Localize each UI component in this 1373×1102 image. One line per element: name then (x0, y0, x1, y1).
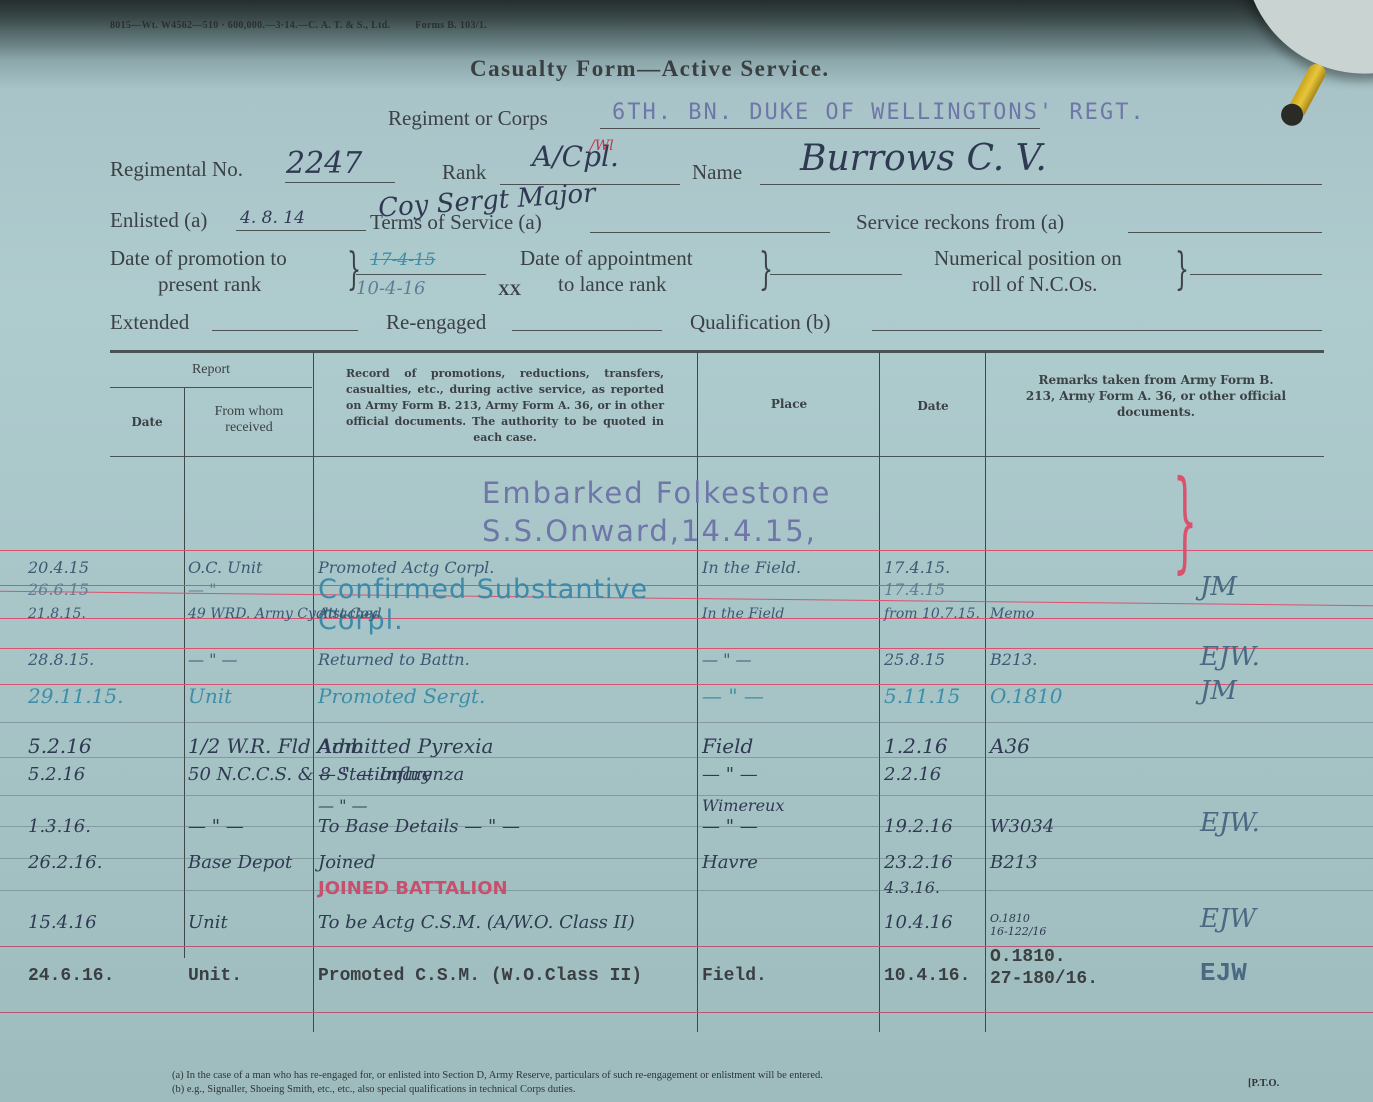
cell-place: — " — (702, 684, 764, 708)
print-code: 8015—Wt. W4562—510 · 600,000.—3·14.—C. A… (110, 20, 390, 31)
appointment-brace: } (759, 244, 773, 295)
promotion-label-2: present rank (158, 272, 261, 297)
cell-remarks: W3034 (990, 816, 1054, 837)
red-rule (0, 550, 1373, 551)
red-rule (0, 946, 1373, 947)
regimental-no-label: Regimental No. (110, 157, 243, 182)
header-remarks: Remarks taken from Army Form B. 213, Arm… (1022, 372, 1290, 420)
header-report: Report (110, 362, 312, 378)
cell-from: — " — (188, 816, 244, 837)
promotion-value: 10-4-16 (356, 278, 425, 299)
appointment-label-1: Date of appointment (520, 246, 693, 271)
regiment-stamp: 6TH. BN. DUKE OF WELLINGTONS' REGT. (612, 100, 1146, 125)
pto-mark: [P.T.O. (1248, 1078, 1279, 1089)
terms-line (590, 232, 830, 233)
cell-date: 29.11.15. (28, 684, 123, 708)
cell-remarks: O.1810 16-122/16 (990, 912, 1046, 938)
table-top-rule (110, 350, 1324, 353)
cell-initials: EJW. (1200, 642, 1260, 672)
cell-record: Promoted C.S.M. (W.O.Class II) (318, 966, 642, 986)
cell-date2: from 10.7.15. (884, 606, 980, 622)
cell-from: Unit (188, 684, 232, 708)
cell-initials: JM (1200, 676, 1237, 706)
cell-date2: 5.11.15 (884, 684, 960, 708)
col-divider-date (184, 388, 185, 958)
cell-date: 20.4.15 (28, 558, 89, 577)
rank-label: Rank (442, 160, 486, 185)
footnote-b: (b) e.g., Signaller, Shoeing Smith, etc.… (172, 1084, 575, 1095)
cell-record: To be Actg C.S.M. (A/W.O. Class II) (318, 912, 635, 933)
header-from-whom: From whom received (196, 404, 302, 436)
cell-remarks: O.1810. 27-180/16. (990, 946, 1098, 990)
enlisted-label: Enlisted (a) (110, 208, 207, 233)
regiment-line (600, 128, 1040, 129)
promotion-label-1: Date of promotion to (110, 246, 287, 271)
faint-rule (0, 890, 1373, 891)
cell-date2: 10.4.16 (884, 912, 953, 933)
cell-date: 21.8.15. (28, 606, 86, 622)
regiment-label: Regiment or Corps (388, 106, 548, 131)
service-reckons-line (1128, 232, 1322, 233)
cell-record: Promoted Sergt. (318, 684, 485, 708)
col-divider-from (313, 352, 314, 1032)
qualification-label: Qualification (b) (690, 310, 831, 335)
form-number: Forms B. 103/1. (415, 20, 487, 31)
cell-record: — " — (318, 796, 368, 815)
cell-date2: 23.2.16 (884, 852, 953, 873)
faint-rule (0, 722, 1373, 723)
cell-initials: EJW (1200, 904, 1256, 934)
cell-from: — " (188, 580, 216, 599)
cell-remarks: Memo (990, 606, 1034, 622)
cell-from: Unit. (188, 966, 242, 986)
treasury-tag-icon (1285, 61, 1328, 121)
cell-initials: EJW. (1200, 808, 1260, 838)
ncos-brace: } (1175, 244, 1189, 295)
form-title: Casualty Form—Active Service. (470, 56, 830, 82)
cell-place: In the Field (702, 606, 784, 622)
cell-date2: 1.2.16 (884, 734, 948, 758)
cell-place: Havre (702, 852, 758, 873)
cell-date: 5.2.16 (28, 764, 85, 785)
cell-date2: 19.2.16 (884, 816, 953, 837)
cell-initials: EJW (1200, 958, 1247, 988)
cell-date2: 17.4.15 (884, 580, 945, 599)
header-date2: Date (882, 398, 984, 414)
enlisted-value: 4. 8. 14 (240, 208, 305, 228)
cell-place: — " — (702, 816, 758, 837)
print-reference: 8015—Wt. W4562—510 · 600,000.—3·14.—C. A… (110, 20, 487, 31)
regimental-no-line (285, 182, 395, 183)
cell-record: Returned to Battn. (318, 650, 470, 669)
terms-label: Terms of Service (a) (370, 210, 542, 235)
faint-rule (0, 795, 1373, 796)
header-date: Date (112, 414, 182, 430)
cell-date2: 4.3.16. (884, 878, 940, 897)
qualification-line (872, 330, 1322, 331)
reengaged-label: Re-engaged (386, 310, 486, 335)
cell-date: 15.4.16 (28, 912, 97, 933)
embark-stamp-line1: Embarked Folkestone (482, 476, 831, 510)
cell-place: — " — (702, 764, 758, 785)
cell-from: O.C. Unit (188, 558, 262, 577)
cell-date2: 17.4.15. (884, 558, 950, 577)
name-value: Burrows C. V. (800, 138, 1047, 179)
cell-place: Wimereux (702, 796, 784, 815)
name-label: Name (692, 160, 742, 185)
cell-date: 24.6.16. (28, 966, 114, 986)
footnote-a: (a) In the case of a man who has re-enga… (172, 1070, 823, 1081)
rank-red-mark: /Wl (590, 138, 614, 154)
cell-date: 1.3.16. (28, 816, 91, 837)
cell-remarks: B213. (990, 650, 1037, 669)
extended-label: Extended (110, 310, 189, 335)
cell-date2: 25.8.15 (884, 650, 945, 669)
ncos-line (1190, 274, 1322, 275)
promotion-struck-value: 17-4-15 (370, 250, 436, 270)
regimental-no-value: 2247 (286, 146, 362, 181)
header-place: Place (700, 396, 878, 412)
cell-date: 28.8.15. (28, 650, 94, 669)
cell-record: To Base Details — " — (318, 816, 520, 837)
appointment-label-2: to lance rank (558, 272, 666, 297)
cell-record: Joined (318, 852, 376, 873)
cell-record: Attached (318, 606, 382, 622)
promotion-mark: XX (498, 282, 521, 300)
red-brace-icon: } (1173, 456, 1198, 584)
name-line (760, 184, 1322, 185)
red-rule (0, 1012, 1373, 1013)
cell-remarks: A36 (990, 734, 1030, 758)
cell-date2: 2.2.16 (884, 764, 941, 785)
red-rule (0, 648, 1373, 649)
reengaged-line (512, 330, 662, 331)
cell-record: Confirmed Substantive Corpl. (318, 574, 736, 636)
cell-place: Field. (702, 966, 767, 986)
promotion-fraction-line (356, 274, 486, 275)
enlisted-line (236, 230, 366, 231)
extended-line (212, 330, 358, 331)
header-record: Record of promotions, reductions, transf… (346, 366, 664, 446)
cell-remarks: B213 (990, 852, 1038, 873)
cell-date2: 10.4.16. (884, 966, 970, 986)
cell-from: Unit (188, 912, 228, 933)
header-bottom-rule (110, 456, 1324, 457)
cell-from: — " — (188, 650, 238, 669)
cell-place: — " — (702, 650, 752, 669)
col-divider-place (879, 352, 880, 1032)
cell-date: 26.6.15 (28, 580, 89, 599)
ncos-label-1: Numerical position on (934, 246, 1122, 271)
cell-remarks: O.1810 (990, 684, 1062, 708)
cell-record: JOINED BATTALION (318, 878, 508, 899)
embark-stamp-line2: S.S.Onward,14.4.15, (482, 514, 817, 548)
cell-from: Base Depot (188, 852, 292, 873)
cell-record: Admitted Pyrexia (318, 734, 493, 758)
appointment-line (770, 274, 902, 275)
cell-initials: JM (1200, 572, 1237, 602)
cell-date: 26.2.16. (28, 852, 102, 873)
service-reckons-label: Service reckons from (a) (856, 210, 1064, 235)
cell-record: — " — Influenza (318, 764, 464, 785)
cell-date: 5.2.16 (28, 734, 92, 758)
col-divider-date2 (985, 352, 986, 1032)
ncos-label-2: roll of N.C.Os. (972, 272, 1097, 297)
col-divider-record (697, 352, 698, 1032)
cell-place: Field (702, 734, 753, 758)
report-subheader-rule (110, 387, 312, 388)
